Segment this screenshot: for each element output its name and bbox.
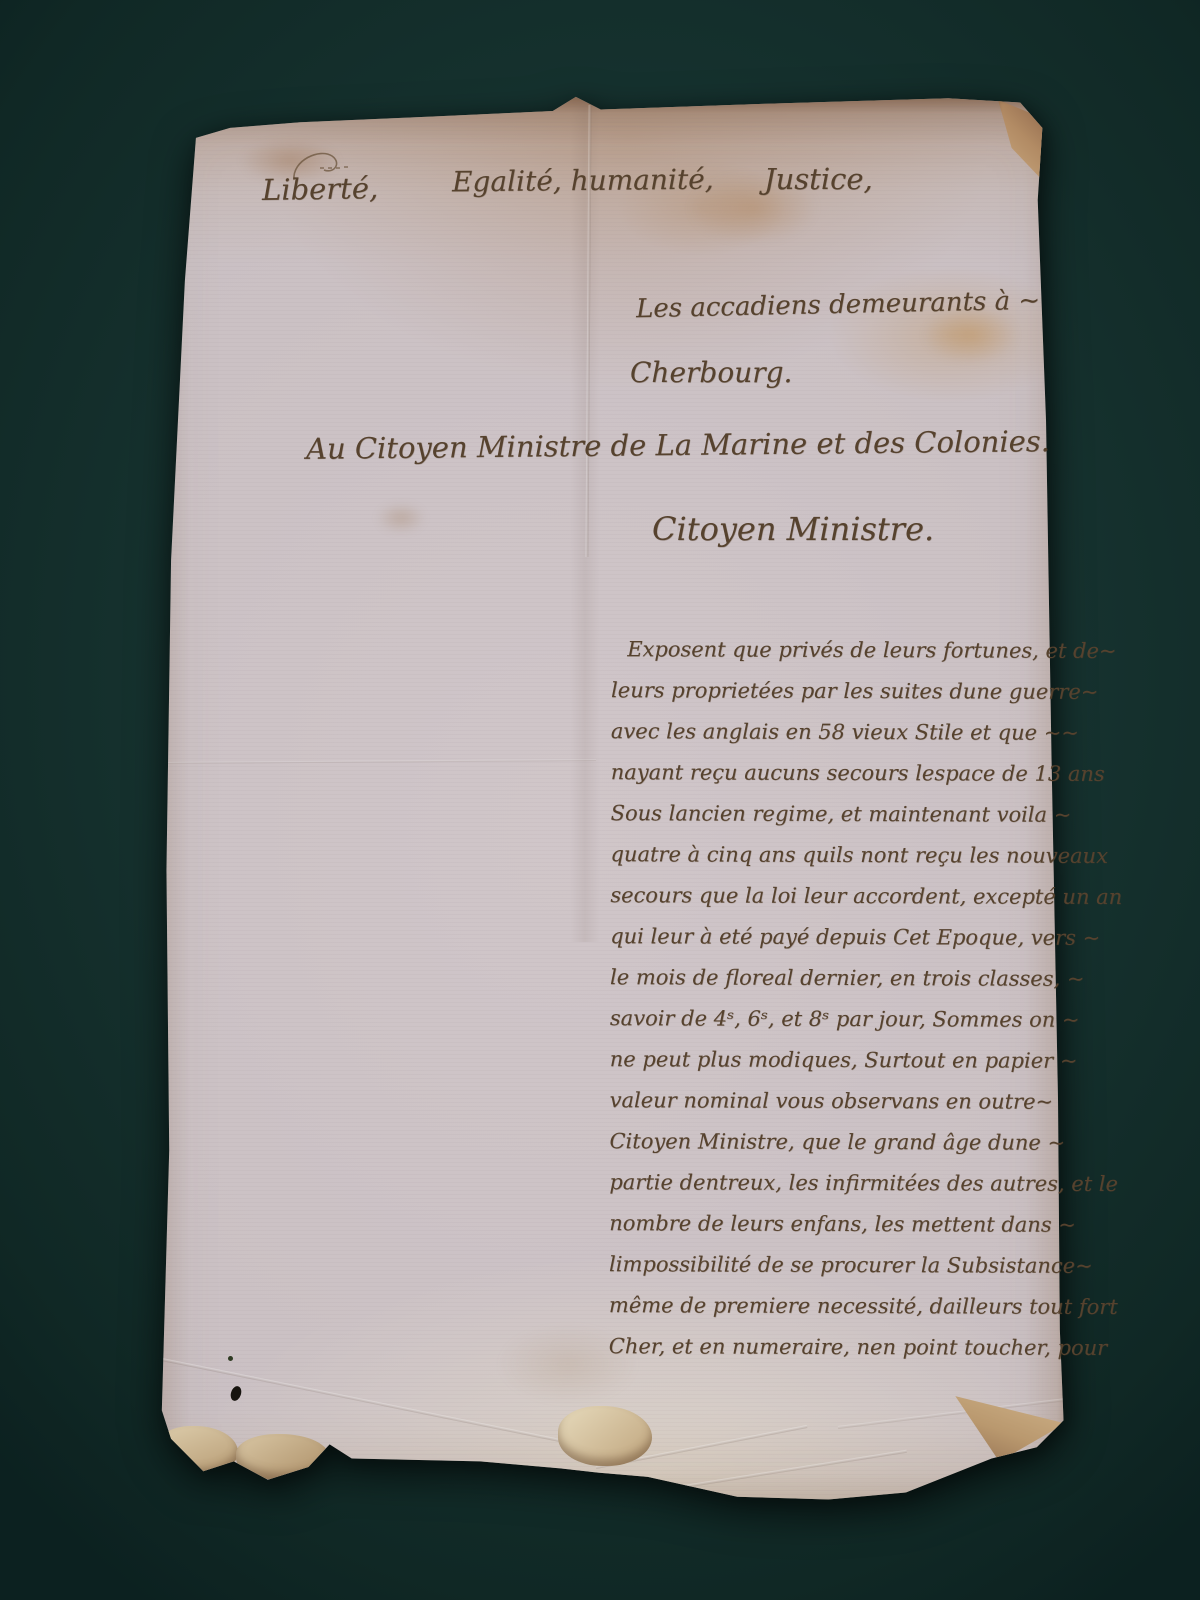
body-line: le mois de floreal dernier, en trois cla… [610,957,1080,1000]
body-line: qui leur à eté payé depuis Cet Epoque, v… [610,916,1080,959]
body-line: nayant reçu aucuns secours lespace de 13… [611,752,1081,795]
body-line: Sous lancien regime, et maintenant voila… [611,793,1081,836]
body-line: Cher, et en numeraire, nen point toucher… [609,1326,1079,1369]
document-photo: Liberté, Egalité, humanité, Justice, Les… [0,0,1200,1600]
body-line: valeur nominal vous observans en outre~ [610,1080,1080,1123]
body-line: avec les anglais en 58 vieux Stile et qu… [611,711,1081,754]
motto-egalite-humanite: Egalité, humanité, [452,163,714,199]
motto-liberte: Liberté, [262,171,379,207]
body-line: secours que la loi leur accordent, excep… [610,875,1080,918]
salutation: Citoyen Ministre. [652,510,934,548]
body-line: Citoyen Ministre, que le grand âge dune … [609,1121,1079,1164]
motto-justice: Justice, [764,162,873,196]
body-line: partie dentreux, les infirmitées des aut… [609,1162,1079,1205]
body-line: quatre à cinq ans quils nont reçu les no… [610,834,1080,877]
sender-line-2: Cherbourg. [630,356,792,389]
address-line: Au Citoyen Ministre de La Marine et des … [306,424,1050,466]
body-line: même de premiere necessité, dailleurs to… [609,1285,1079,1328]
body-paragraph: Exposent que privés de leurs fortunes, e… [609,629,1082,1369]
body-line: limpossibilité de se procurer la Subsist… [609,1244,1079,1287]
sender-line-1: Les accadiens demeurants à ~ [636,286,1041,324]
body-line: nombre de leurs enfans, les mettent dans… [609,1203,1079,1246]
body-line: savoir de 4ˢ, 6ˢ, et 8ˢ par jour, Sommes… [610,998,1080,1041]
body-line: ne peut plus modiques, Surtout en papier… [610,1039,1080,1082]
body-line: Exposent que privés de leurs fortunes, e… [611,629,1081,672]
handwriting-layer: Liberté, Egalité, humanité, Justice, Les… [0,0,1200,1600]
body-line: leurs proprietées par les suites dune gu… [611,670,1081,713]
